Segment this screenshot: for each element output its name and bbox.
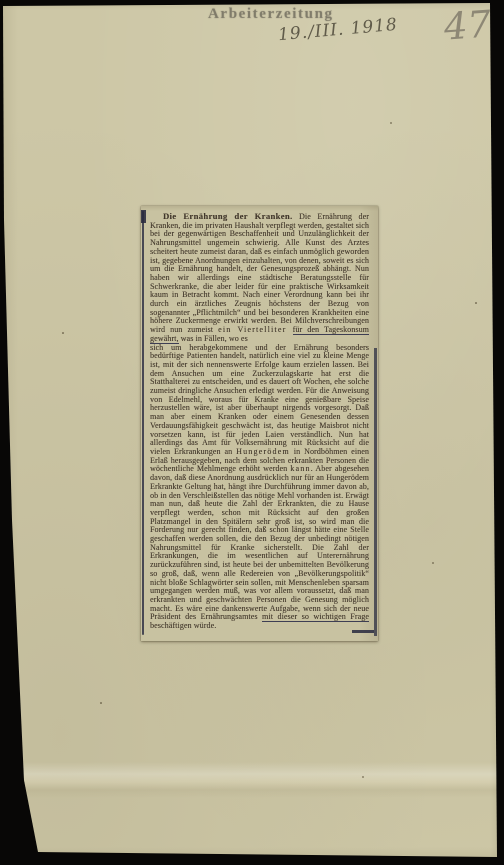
handwritten-archive-number: 47 (443, 2, 493, 48)
paper-speck (390, 122, 392, 124)
handwritten-date: 19./III. 1918 (277, 15, 398, 45)
paragraph2-tail: beschäftigen würde. (150, 621, 216, 630)
paragraph2-text: sich um herabgekommene und der Ernährung… (150, 343, 369, 456)
paragraph1-text: Die Ernährung der Kranken, die im privat… (150, 212, 369, 334)
paragraph2-ink-underlined: mit dieser so wichtigen Frage (262, 612, 369, 622)
article-paragraph-2: sich um herabgekommene und der Ernährung… (150, 344, 369, 631)
newspaper-clipping: Die Ernährung der Kranken. Die Ernährung… (141, 206, 378, 641)
article-headline: Die Ernährung der Kranken. (163, 211, 293, 221)
article-text: Die Ernährung der Kranken. Die Ernährung… (150, 212, 369, 631)
ink-margin-line-right (374, 348, 376, 636)
paper-speck (432, 562, 434, 564)
paragraph1-emphasized: ein Viertelliter (218, 325, 293, 334)
paragraph2-text: in Nordböhmen einen Erlaß herausgegeben,… (150, 447, 369, 473)
paragraph2-emphasized-1: Hungerödem (236, 447, 290, 456)
paragraph2-text: . Aber abgesehen davon, daß diese Anordn… (150, 464, 369, 621)
article-paragraph-1: Die Ernährung der Kranken. Die Ernährung… (150, 212, 369, 344)
scanned-document: Arbeiterzeitung 19./III. 1918 47 Die Ern… (0, 0, 504, 865)
paragraph1-tail: was in Fällen, wo es (179, 334, 248, 343)
paper-crease (10, 762, 500, 798)
paragraph1-ink-underlined: für den Tageskonsum gewährt, (150, 325, 369, 344)
ink-margin-line-left (142, 211, 144, 635)
paper-speck (100, 702, 102, 704)
backing-sheet: Arbeiterzeitung 19./III. 1918 47 Die Ern… (0, 0, 504, 865)
newspaper-name-stamp: Arbeiterzeitung (208, 6, 334, 23)
paper-speck (362, 776, 364, 778)
ink-end-mark (352, 630, 374, 633)
paragraph2-emphasized-2: kann (290, 464, 310, 473)
paper-speck (475, 302, 477, 304)
paper-speck (62, 332, 64, 334)
